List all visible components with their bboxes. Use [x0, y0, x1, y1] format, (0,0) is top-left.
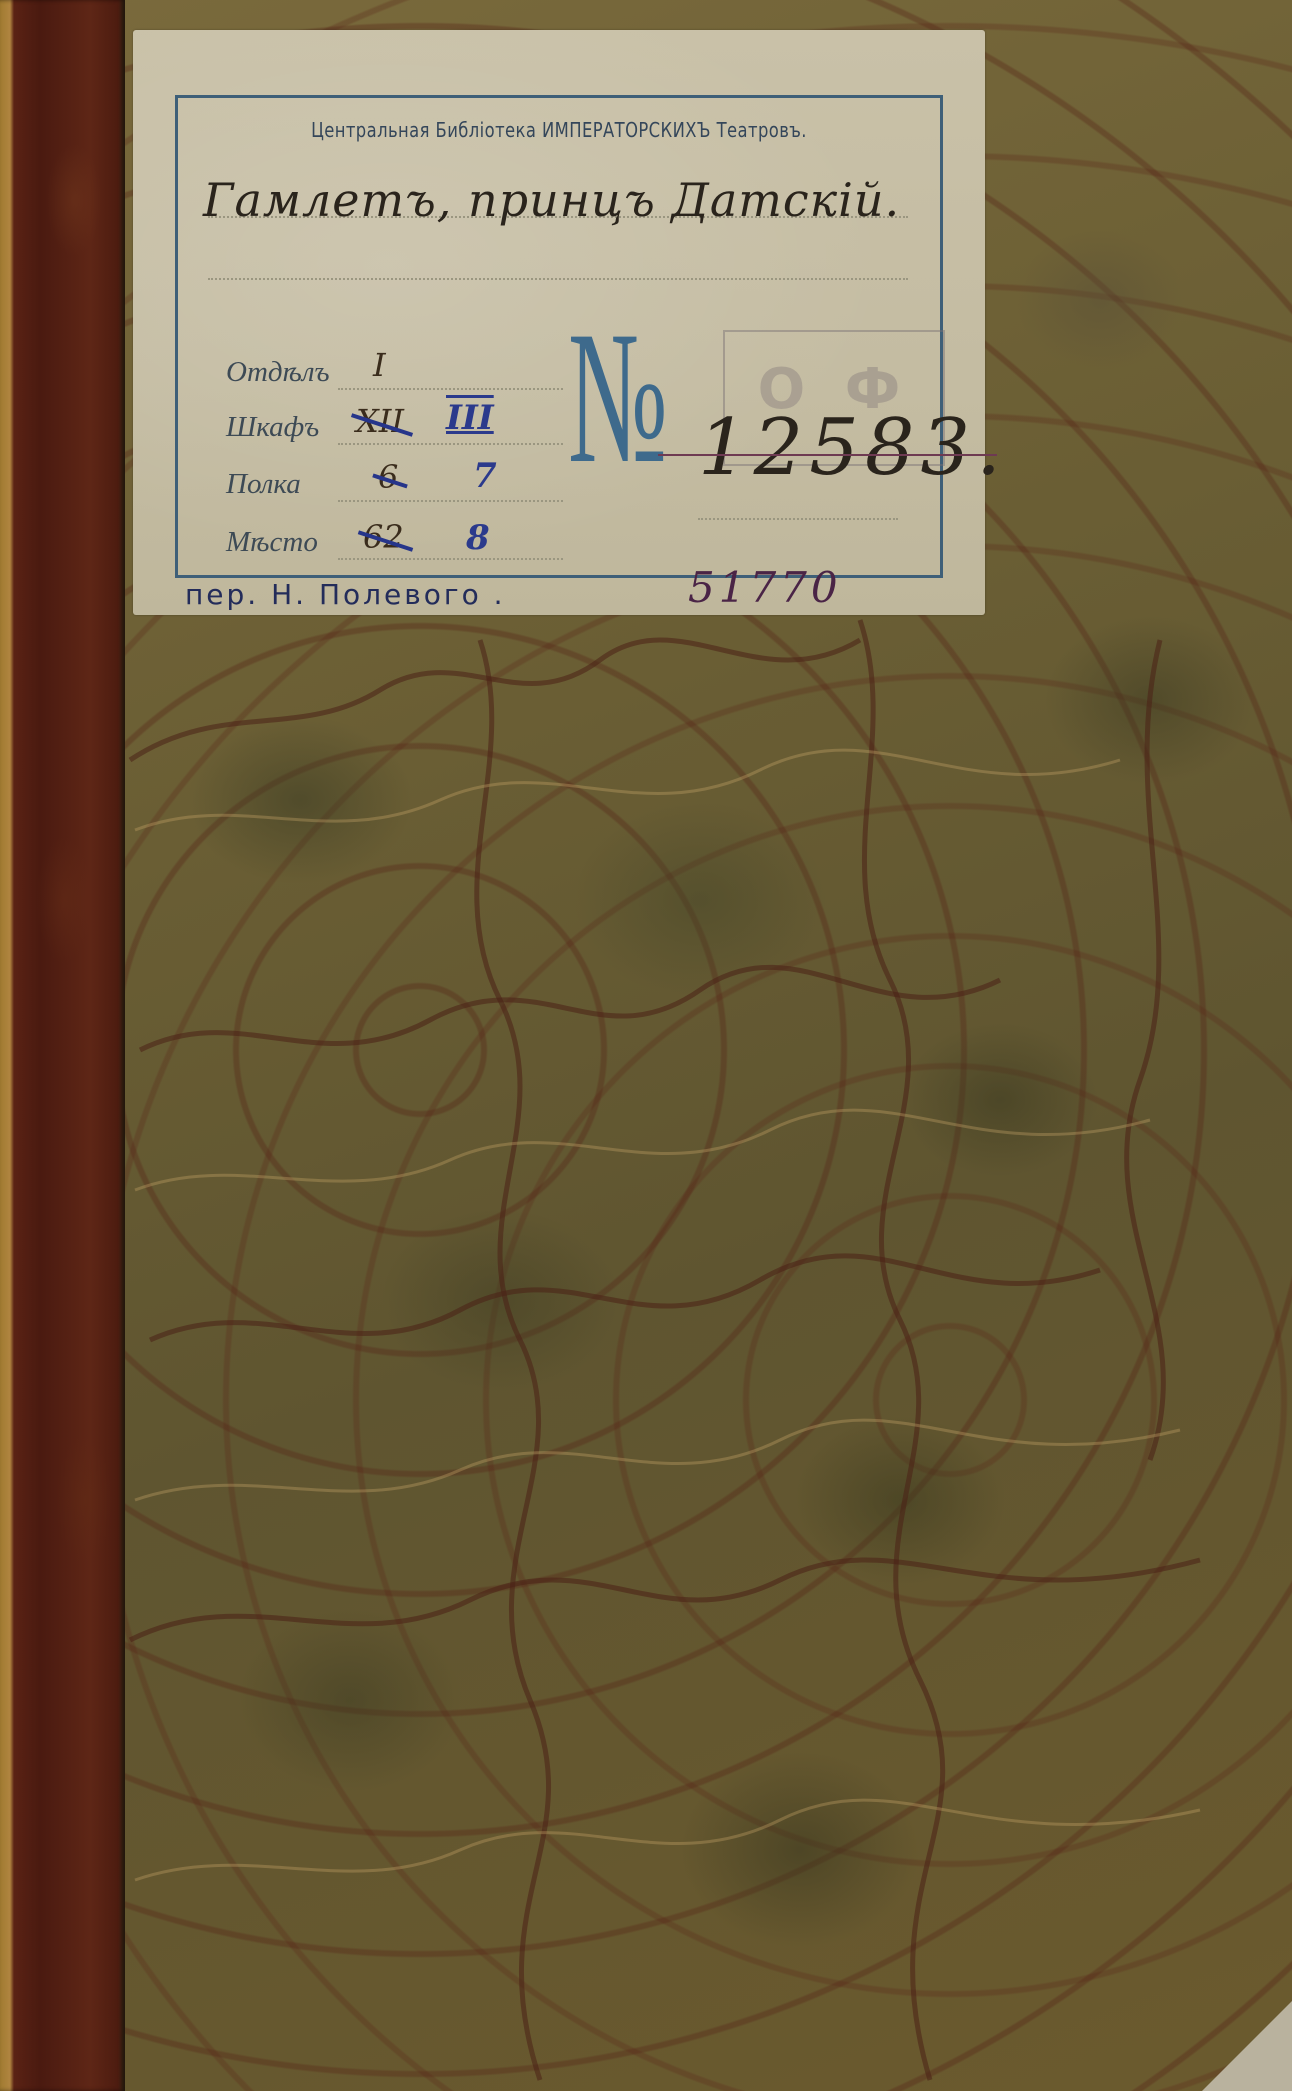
field-new-value-shkaf: III	[446, 398, 494, 438]
field-value-otdel: I	[373, 346, 386, 384]
worn-corner	[1202, 2001, 1292, 2091]
field-label-otdel: Отдѣлъ	[226, 356, 330, 389]
field-old-value-mesto: 62	[363, 518, 404, 556]
inventory-number-old: 12583.	[698, 403, 1007, 493]
field-new-value-mesto: 8	[466, 518, 490, 558]
field-old-value-polka: 6	[378, 458, 398, 496]
field-new-value-polka: 7	[473, 456, 497, 496]
dotted-line	[698, 518, 898, 520]
field-label-shkaf: Шкафъ	[226, 411, 319, 444]
dotted-line	[338, 558, 563, 560]
field-old-value-shkaf: XII	[356, 402, 404, 440]
label-frame: Центральная Библіотека ИМПЕРАТОРСКИХЪ Те…	[175, 95, 943, 578]
book-title-handwritten: Гамлетъ, принцъ Датскій.	[203, 173, 923, 227]
library-name: Центральная Библіотека ИМПЕРАТОРСКИХЪ Те…	[247, 118, 872, 142]
inventory-number-new: 51770	[688, 563, 842, 612]
dotted-line	[338, 500, 563, 502]
field-label-mesto: Мѣсто	[226, 526, 318, 559]
dotted-line	[338, 443, 563, 445]
field-label-polka: Полка	[226, 468, 301, 501]
leather-spine	[0, 0, 125, 2091]
translator-note: пер. Н. Полевого .	[185, 578, 506, 611]
library-label: Центральная Библіотека ИМПЕРАТОРСКИХЪ Те…	[133, 30, 985, 615]
dotted-line	[208, 278, 908, 280]
numero-sign: №	[568, 303, 668, 493]
dotted-line	[338, 388, 563, 390]
